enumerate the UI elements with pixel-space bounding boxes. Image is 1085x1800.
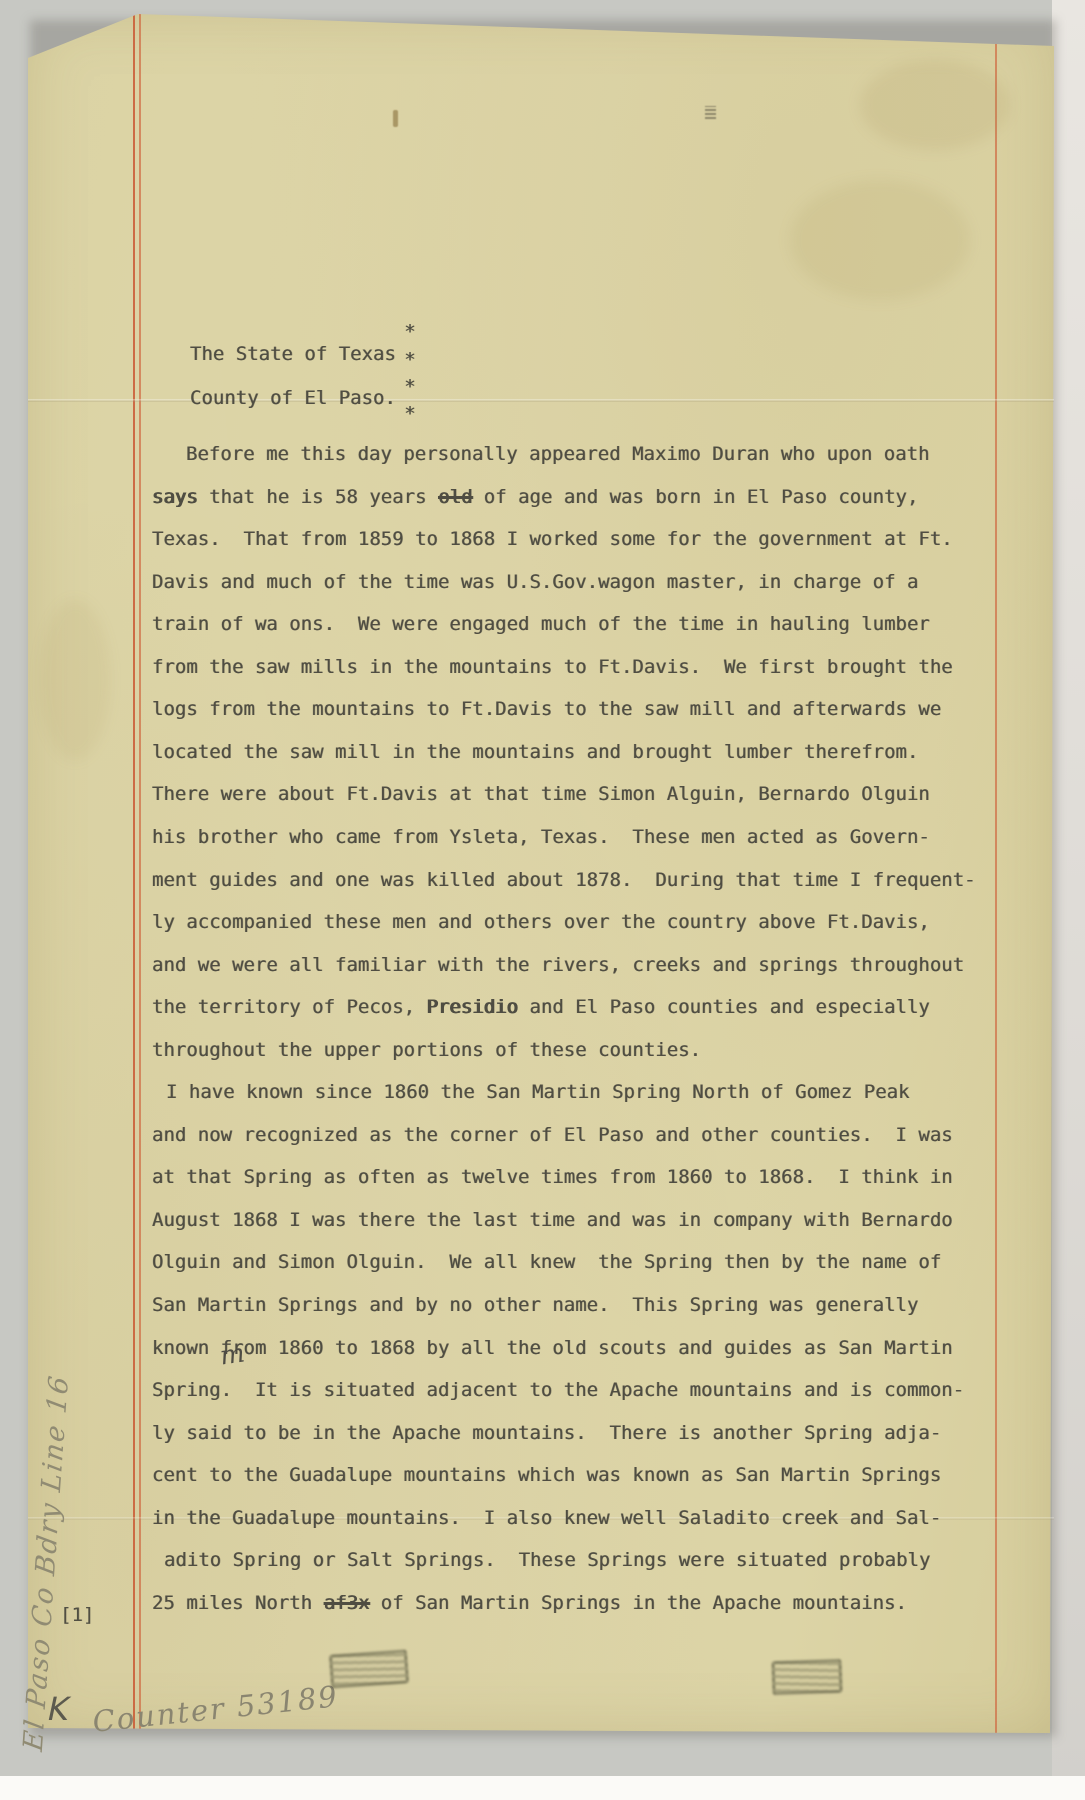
- page-number-mark: [1]: [60, 1604, 94, 1626]
- struck-out-text: old: [438, 486, 472, 508]
- typed-text: Olguin and Simon Olguin. We all knew the…: [152, 1251, 941, 1273]
- scanned-document-page: The State of Texas County of El Paso. * …: [0, 0, 1085, 1800]
- typed-text: Before me this day personally appeared M…: [186, 443, 930, 465]
- typed-line: San Martin Springs and by no other name.…: [152, 1295, 918, 1316]
- typed-line: ment guides and one was killed about 187…: [152, 870, 976, 891]
- typed-line: train of wa ons. We were engaged much of…: [152, 614, 930, 635]
- heading-asterisk: *: [400, 350, 420, 371]
- age-spot: [40, 600, 110, 760]
- typed-line: at that Spring as often as twelve times …: [152, 1167, 953, 1188]
- typed-line: Davis and much of the time was U.S.Gov.w…: [152, 572, 918, 593]
- heading-asterisk: *: [400, 322, 420, 343]
- typed-text: the territory of Pecos,: [152, 996, 427, 1018]
- typed-line: from the saw mills in the mountains to F…: [152, 657, 953, 678]
- typed-line: his brother who came from Ysleta, Texas.…: [152, 827, 930, 848]
- typed-text: of San Martin Springs in the Apache moun…: [369, 1592, 907, 1614]
- typed-text: of age and was born in El Paso county,: [472, 486, 918, 508]
- typed-line: Spring. It is situated adjacent to the A…: [152, 1380, 964, 1401]
- typed-line: adito Spring or Salt Springs. These Spri…: [164, 1550, 930, 1571]
- stray-ink-mark: [705, 106, 716, 119]
- typed-text: ly said to be in the Apache mountains. T…: [152, 1422, 941, 1444]
- typed-text: Spring. It is situated adjacent to the A…: [152, 1379, 964, 1401]
- typed-text: and now recognized as the corner of El P…: [152, 1124, 953, 1146]
- stray-ink-mark: [393, 110, 398, 127]
- typed-line: and now recognized as the corner of El P…: [152, 1125, 953, 1146]
- typed-text: from the saw mills in the mountains to F…: [152, 656, 953, 678]
- heading-county-line: County of El Paso.: [190, 388, 396, 409]
- typed-text: Davis and much of the time was U.S.Gov.w…: [152, 571, 918, 593]
- left-margin-line-inner: [139, 14, 141, 1733]
- typed-text: at that Spring as often as twelve times …: [152, 1166, 953, 1188]
- typed-line: says that he is 58 years old of age and …: [152, 487, 918, 508]
- typed-line: ly accompanied these men and others over…: [152, 912, 930, 933]
- typed-line: throughout the upper portions of these c…: [152, 1040, 701, 1061]
- typed-line: located the saw mill in the mountains an…: [152, 742, 918, 763]
- typed-text: known from 1860 to 1868 by all the old s…: [152, 1337, 953, 1359]
- typed-text: There were about Ft.Davis at that time S…: [152, 783, 930, 805]
- heading-asterisk: *: [400, 377, 420, 398]
- typed-text: ly accompanied these men and others over…: [152, 911, 930, 933]
- typed-text: San Martin Springs and by no other name.…: [152, 1294, 918, 1316]
- typed-line: 25 miles North af3x of San Martin Spring…: [152, 1593, 907, 1614]
- typed-line: Texas. That from 1859 to 1868 I worked s…: [152, 529, 953, 550]
- typed-text: Texas. That from 1859 to 1868 I worked s…: [152, 528, 953, 550]
- stamp-smudge-left: [329, 1649, 409, 1688]
- scanner-background-right: [1052, 0, 1085, 1800]
- typed-text: in the Guadalupe mountains. I also knew …: [152, 1507, 941, 1529]
- age-spot: [860, 60, 1010, 150]
- typed-text: and El Paso counties and especially: [518, 996, 930, 1018]
- typed-text: cent to the Guadalupe mountains which wa…: [152, 1464, 941, 1486]
- typed-text: his brother who came from Ysleta, Texas.…: [152, 826, 930, 848]
- typed-text: that he is 58 years: [198, 486, 438, 508]
- typed-text: logs from the mountains to Ft.Davis to t…: [152, 698, 941, 720]
- typed-line: logs from the mountains to Ft.Davis to t…: [152, 699, 941, 720]
- typed-line: in the Guadalupe mountains. I also knew …: [152, 1508, 941, 1529]
- overstruck-bold-text: says: [152, 486, 198, 508]
- age-spot: [790, 180, 970, 300]
- typed-line: Olguin and Simon Olguin. We all knew the…: [152, 1252, 941, 1273]
- overstruck-bold-text: Presidio: [427, 996, 519, 1018]
- typed-line: I have known since 1860 the San Martin S…: [166, 1082, 910, 1103]
- left-margin-line-outer: [133, 14, 135, 1733]
- typed-text: August 1868 I was there the last time an…: [152, 1209, 953, 1231]
- typed-text: ment guides and one was killed about 187…: [152, 869, 976, 891]
- typed-text: I have known since 1860 the San Martin S…: [166, 1081, 910, 1103]
- typed-line: ly said to be in the Apache mountains. T…: [152, 1423, 941, 1444]
- scanner-background-bottom: [0, 1776, 1085, 1800]
- struck-out-text: af3x: [324, 1592, 370, 1614]
- inline-pencil-correction: m: [218, 1338, 247, 1371]
- typed-text: throughout the upper portions of these c…: [152, 1039, 701, 1061]
- typed-line: Before me this day personally appeared M…: [186, 444, 930, 465]
- typed-line: known from 1860 to 1868 by all the old s…: [152, 1338, 953, 1359]
- typed-line: and we were all familiar with the rivers…: [152, 955, 964, 976]
- typed-text: adito Spring or Salt Springs. These Spri…: [164, 1549, 930, 1571]
- fold-crease-upper: [28, 399, 1054, 402]
- heading-state-line: The State of Texas: [190, 344, 396, 365]
- typed-line: the territory of Pecos, Presidio and El …: [152, 997, 930, 1018]
- heading-asterisk: *: [400, 404, 420, 425]
- typed-line: August 1868 I was there the last time an…: [152, 1210, 953, 1231]
- typed-line: There were about Ft.Davis at that time S…: [152, 784, 930, 805]
- typed-text: train of wa ons. We were engaged much of…: [152, 613, 930, 635]
- typed-body: Before me this day personally appeared M…: [152, 444, 1022, 1654]
- typed-text: and we were all familiar with the rivers…: [152, 954, 964, 976]
- typed-text: located the saw mill in the mountains an…: [152, 741, 918, 763]
- typed-text: 25 miles North: [152, 1592, 324, 1614]
- typed-line: cent to the Guadalupe mountains which wa…: [152, 1465, 941, 1486]
- stamp-smudge-right: [771, 1659, 842, 1695]
